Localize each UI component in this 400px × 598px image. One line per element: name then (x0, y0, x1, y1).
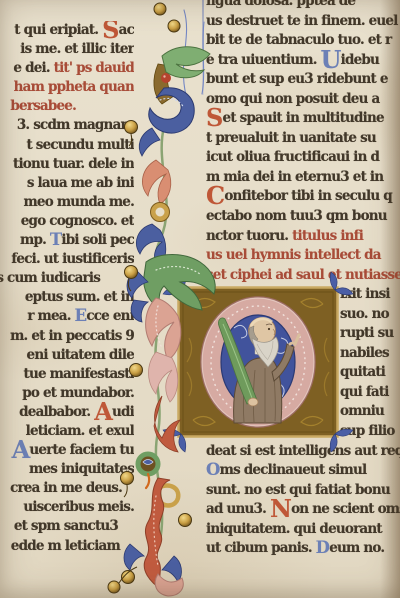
text-line: iniquitatem. qui deuorant (206, 520, 400, 540)
text-line: us uel hymnis intellect da (206, 246, 400, 266)
gold-bezant-icon (125, 121, 138, 147)
text-segment: rupti su (340, 325, 393, 341)
text-line: ut cibum panis. Deum no. (206, 539, 400, 559)
text-segment: bunt et sup eu3 ridebunt e (206, 71, 388, 87)
text-segment: suo. no (340, 306, 389, 322)
text-segment: sunt. no est qui fatiat bonu (206, 482, 390, 498)
text-segment: ms declinaueut simul (220, 462, 367, 478)
rubric-segment: set ciphei ad saul et nutiasse (206, 267, 400, 283)
text-line: Set spauit in multitudine (206, 109, 400, 129)
rubric-segment: us uel hymnis intellect da (206, 247, 381, 263)
versal-initial-red: N (270, 494, 291, 523)
text-segment: icut oliua fructificaui in d (206, 149, 379, 165)
text-segment: bit te de tabnaculo tuo. et r (206, 32, 391, 48)
text-segment: deat si est intelligens aut req (206, 443, 400, 459)
left-hand (248, 398, 258, 406)
text-line: ngua dolosa. pptea de (206, 0, 400, 12)
text-line: ad unu3. Non ne scient oms (206, 500, 400, 520)
text-segment: quitati (340, 364, 385, 380)
text-line: t preualuit in uanitate su (206, 129, 400, 149)
text-line: Confitebor tibi in seculu q (206, 187, 400, 207)
text-line: icut oliua fructificaui in d (206, 148, 400, 168)
text-segment: t preualuit in uanitate su (206, 130, 376, 146)
text-segment: mp. (20, 231, 50, 250)
text-line: ectabo nom tuu3 qm bonu (206, 207, 400, 227)
eye (268, 328, 270, 330)
text-segment: dealbabor. (19, 403, 94, 422)
text-line: set ciphei ad saul et nutiasse (206, 266, 400, 286)
manuscript-page: t qui eripiat. Sacis me. et illic itere … (0, 0, 400, 598)
text-line: us destruet te in finem. euel (206, 12, 400, 32)
gold-bezant-icon (130, 364, 143, 377)
rubric-segment: titulus infi (292, 228, 363, 244)
gold-bezant-icon (154, 3, 166, 15)
text-line: omo qui non posuit deu a (206, 90, 400, 110)
text-line: nctor tuoru. titulus infi (206, 227, 400, 247)
text-segment: e dei. (13, 59, 53, 78)
versal-initial-blue: U (321, 45, 341, 74)
versal-initial-blue: D (316, 538, 330, 557)
gold-bezant-icon (179, 514, 192, 527)
text-segment: idebu (341, 52, 379, 68)
text-segment: ngua dolosa. pptea de (206, 0, 355, 9)
gold-bezant-icon (168, 20, 180, 32)
text-segment: ectabo nom tuu3 qm bonu (206, 208, 387, 224)
text-line: deat si est intelligens aut req (206, 442, 400, 462)
text-segment: us destruet te in finem. euel (206, 13, 398, 29)
acanthus-border-decoration (100, 0, 226, 598)
text-line: e tra uiuentium. Uidebu (206, 51, 400, 71)
gold-bezant-icon (121, 472, 134, 498)
text-segment: iniquitatem. qui deuorant (206, 521, 382, 537)
text-line: m mia dei in eternu3 et in (206, 168, 400, 188)
text-segment: t qui eripiat. (14, 21, 102, 40)
text-line: sunt. no est qui fatiat bonu (206, 481, 400, 501)
text-line: Oms declinaueut simul (206, 461, 400, 481)
text-segment: et spauit in multitudine (223, 110, 384, 126)
text-segment: r mea. (27, 307, 74, 326)
text-segment: eum no. (329, 540, 384, 556)
text-line: bunt et sup eu3 ridebunt e (206, 70, 400, 90)
text-segment: onfitebor tibi in seculu q (224, 188, 392, 204)
text-segment: omniu (340, 403, 384, 419)
text-segment: nabiles (340, 345, 389, 361)
text-segment: qui fati (340, 384, 389, 400)
text-segment: m mia dei in eternu3 et in (206, 169, 383, 185)
text-segment: s cum iudicaris (0, 269, 100, 288)
acanthus-scroll (124, 10, 215, 596)
text-segment: on ne scient oms (291, 501, 400, 517)
rubric-segment: bersabee. (10, 97, 76, 116)
text-line: bit te de tabnaculo tuo. et r (206, 31, 400, 51)
text-segment: omo qui non posuit deu a (206, 91, 379, 107)
